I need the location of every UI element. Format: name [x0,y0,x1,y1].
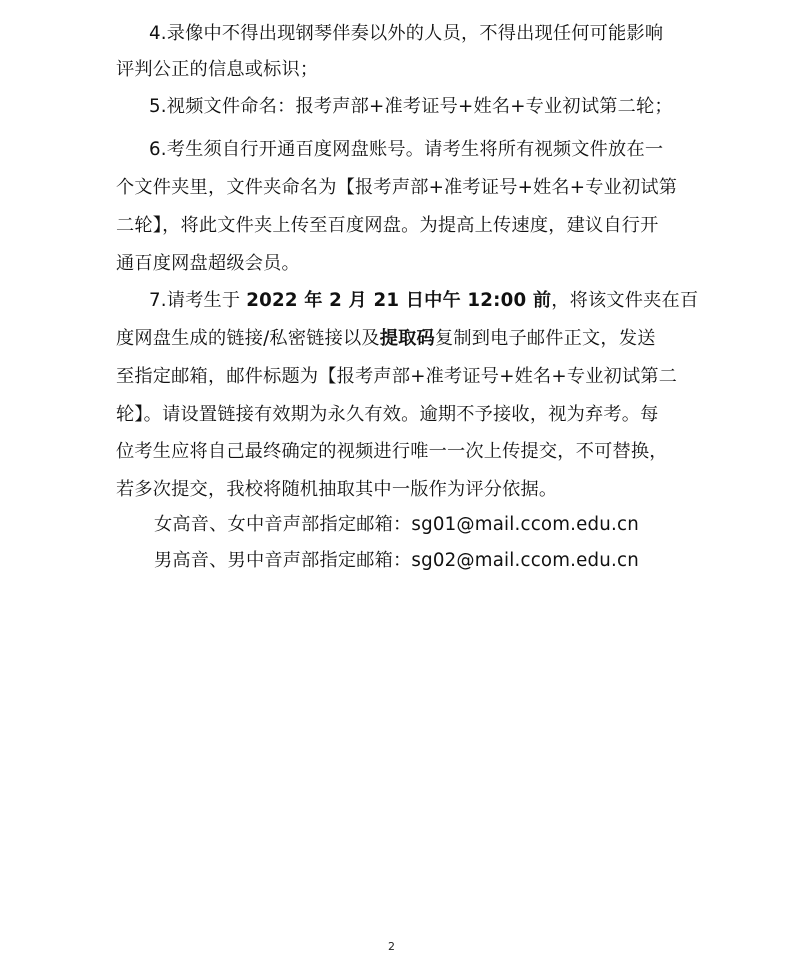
text-line: 位考生应将自己最终确定的视频进行唯一一次上传提交，不可替换， [116,440,668,464]
email-line-male: 男高音、男中音声部指定邮箱：sg02@mail.ccom.edu.cn [154,549,639,573]
text-line: 4.录像中不得出现钢琴伴奏以外的人员，不得出现任何可能影响 [149,22,663,46]
text-line: 度网盘生成的链接/私密链接以及提取码复制到电子邮件正文，发送 [116,327,656,351]
text-line: 个文件夹里，文件夹命名为【报考声部+准考证号+姓名+专业初试第 [116,176,677,200]
text-line: 轮】。请设置链接有效期为永久有效。逾期不予接收，视为弃考。每 [116,403,659,427]
extraction-code-text: 提取码 [380,328,435,349]
text-line: 至指定邮箱，邮件标题为【报考声部+准考证号+姓名+专业初试第二 [116,365,677,389]
text-line: 评判公正的信息或标识； [116,58,318,82]
text-line-item7: 7.请考生于 2022 年 2 月 21 日中午 12:00 前，将该文件夹在百 [149,289,698,313]
text-line: 5.视频文件命名：报考声部+准考证号+姓名+专业初试第二轮； [149,95,673,119]
page-number: 2 [388,940,395,953]
deadline-text: 2022 年 2 月 21 日中午 12:00 前 [246,290,551,311]
email-line-female: 女高音、女中音声部指定邮箱：sg01@mail.ccom.edu.cn [154,513,639,537]
text-line: 二轮】，将此文件夹上传至百度网盘。为提高上传速度，建议自行开 [116,214,659,238]
text-line: 通百度网盘超级会员。 [116,252,300,276]
text-line: 6.考生须自行开通百度网盘账号。请考生将所有视频文件放在一 [149,138,663,162]
text-line: 若多次提交，我校将随机抽取其中一版作为评分依据。 [116,478,557,502]
